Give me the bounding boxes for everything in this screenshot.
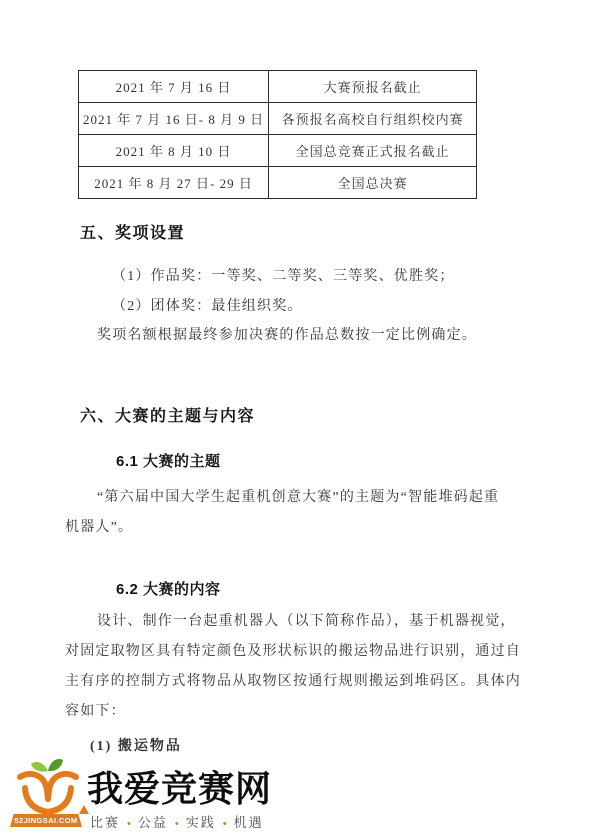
table-row: 2021 年 8 月 27 日- 29 日 全国总决赛 bbox=[79, 167, 477, 199]
tagline-item: 实践 bbox=[186, 815, 216, 830]
subsection-heading-6-2: 6.2 大赛的内容 bbox=[116, 578, 221, 599]
logo-banner-text: 52JINGSAI.COM bbox=[14, 816, 77, 825]
table-row: 2021 年 7 月 16 日 大赛预报名截止 bbox=[79, 71, 477, 103]
table-row: 2021 年 8 月 10 日 全国总竞赛正式报名截止 bbox=[79, 135, 477, 167]
theme-paragraph-line: 机器人”。 bbox=[65, 516, 133, 536]
tagline-item: 公益 bbox=[138, 815, 168, 830]
leaf-icon bbox=[48, 759, 63, 771]
logo-banner: 52JINGSAI.COM bbox=[10, 814, 82, 827]
awards-note: 奖项名额根据最终参加决赛的作品总数按一定比例确定。 bbox=[97, 324, 477, 344]
document-page: 2021 年 7 月 16 日 大赛预报名截止 2021 年 7 月 16 日-… bbox=[0, 0, 590, 838]
tagline-dot: • bbox=[127, 818, 131, 830]
site-logo-text: 我爱竞赛网 bbox=[87, 770, 272, 808]
table-row: 2021 年 7 月 16 日- 8 月 9 日 各预报名高校自行组织校内赛 bbox=[79, 103, 477, 135]
schedule-date: 2021 年 7 月 16 日- 8 月 9 日 bbox=[79, 103, 269, 135]
schedule-event: 全国总竞赛正式报名截止 bbox=[269, 135, 477, 167]
content-paragraph-line: 主有序的控制方式将物品从取物区按通行规则搬运到堆码区。具体内 bbox=[65, 670, 521, 690]
schedule-event: 全国总决赛 bbox=[269, 167, 477, 199]
schedule-date: 2021 年 7 月 16 日 bbox=[79, 71, 269, 103]
theme-paragraph-line: “第六届中国大学生起重机创意大赛”的主题为“智能堆码起重 bbox=[97, 486, 499, 506]
content-paragraph-line: 容如下： bbox=[65, 700, 126, 720]
tagline-dot: • bbox=[223, 818, 227, 830]
schedule-date: 2021 年 8 月 10 日 bbox=[79, 135, 269, 167]
awards-item-1: （1）作品奖：一等奖、二等奖、三等奖、优胜奖； bbox=[112, 265, 455, 285]
awards-item-2: （2）团体奖：最佳组织奖。 bbox=[112, 295, 303, 315]
subsection-heading-6-1: 6.1 大赛的主题 bbox=[116, 450, 221, 471]
section-heading-awards: 五、奖项设置 bbox=[80, 220, 185, 243]
section-heading-theme: 六、大赛的主题与内容 bbox=[80, 403, 255, 426]
tagline-dot: • bbox=[175, 818, 179, 830]
content-item-heading: (1) 搬运物品 bbox=[90, 735, 182, 755]
schedule-event: 各预报名高校自行组织校内赛 bbox=[269, 103, 477, 135]
schedule-table: 2021 年 7 月 16 日 大赛预报名截止 2021 年 7 月 16 日-… bbox=[78, 70, 477, 199]
tagline-item: 机遇 bbox=[234, 815, 264, 830]
logo-tagline: 比赛•公益•实践•机遇 bbox=[90, 812, 264, 831]
content-paragraph-line: 对固定取物区具有特定颜色及形状标识的搬运物品进行识别，通过自 bbox=[65, 640, 521, 660]
schedule-event: 大赛预报名截止 bbox=[269, 71, 477, 103]
leaf-icon bbox=[31, 762, 48, 772]
trophy-52-logo-icon bbox=[12, 757, 84, 815]
content-paragraph-line: 设计、制作一台起重机器人（以下简称作品），基于机器视觉， bbox=[97, 610, 516, 630]
schedule-date: 2021 年 8 月 27 日- 29 日 bbox=[79, 167, 269, 199]
tagline-item: 比赛 bbox=[90, 815, 120, 830]
